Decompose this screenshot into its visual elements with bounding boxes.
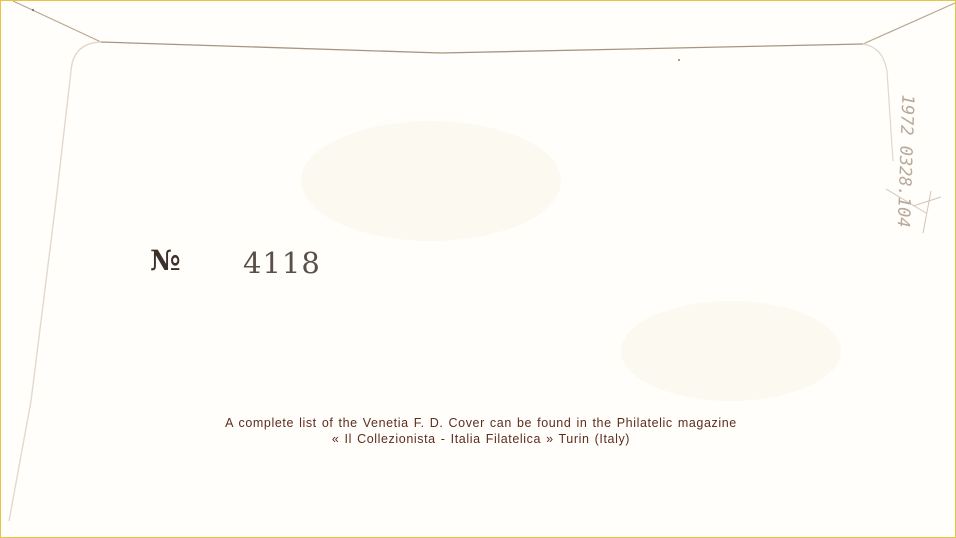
numero-sign: №: [150, 244, 179, 277]
footnote-text: A complete list of the Venetia F. D. Cov…: [161, 415, 801, 447]
envelope-flap-lines: [1, 1, 956, 538]
footnote-line-1: A complete list of the Venetia F. D. Cov…: [161, 415, 801, 431]
envelope-back: № 4118 A complete list of the Venetia F.…: [0, 0, 956, 538]
footnote-line-2: « Il Collezionista - Italia Filatelica »…: [161, 431, 801, 447]
cover-serial-number: 4118: [243, 246, 321, 280]
